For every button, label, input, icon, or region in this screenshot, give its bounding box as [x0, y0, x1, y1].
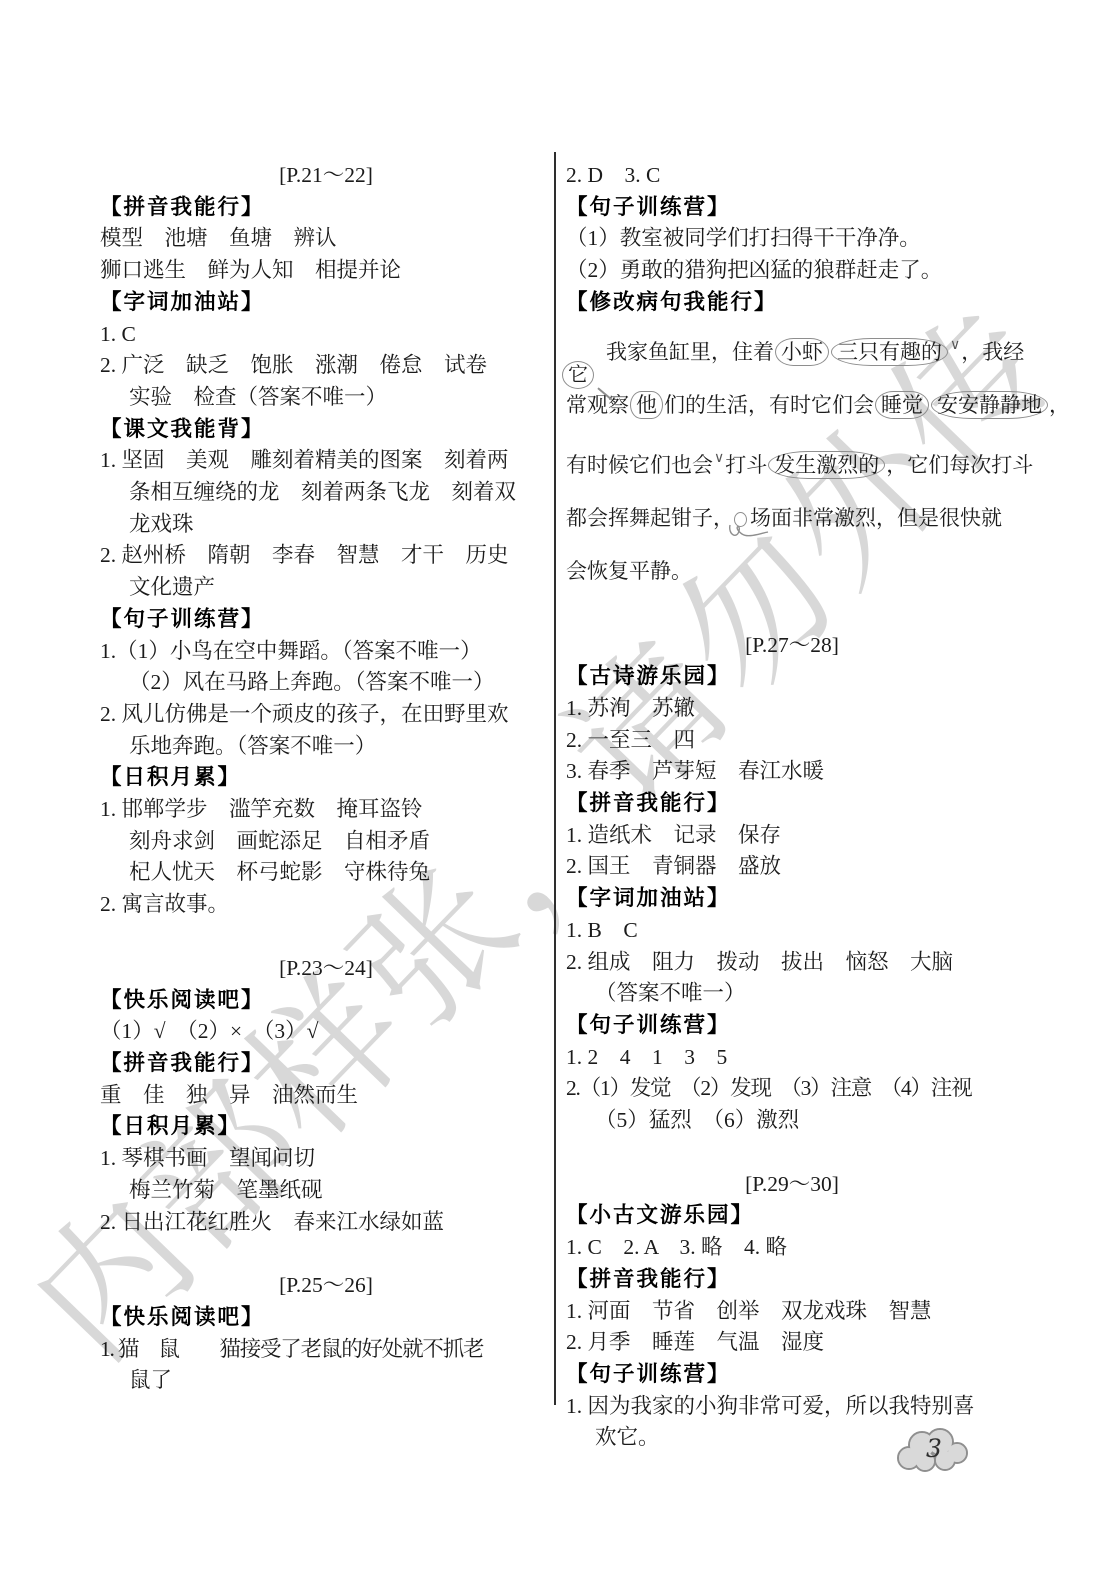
answer-line: 1. 苏洵 苏辙	[566, 693, 1018, 725]
correction-text: 们的生活，有时它们会	[664, 393, 874, 417]
correction-line: 会恢复平静。	[566, 545, 1018, 598]
answer-line: 2. 广泛 缺乏 饱胀 涨潮 倦怠 试卷	[100, 350, 552, 382]
answer-line: 模型 池塘 鱼塘 辨认	[100, 223, 552, 255]
circle-mark-above: 它	[562, 361, 594, 389]
answer-line: 2. 寓言故事。	[100, 889, 552, 921]
correction-text: 打斗	[725, 453, 767, 477]
delete-mark	[734, 492, 750, 545]
answer-line: 1. 因为我家的小狗非常可爱，所以我特别喜	[566, 1391, 1018, 1423]
page-number: 3	[926, 1434, 942, 1463]
circle-mark: 小虾	[775, 338, 829, 366]
answer-line: 2. 赵州桥 隋朝 李春 智慧 才干 历史	[100, 540, 552, 572]
answer-line: 2. 一至三 四	[566, 725, 1018, 757]
answer-line: 龙戏珠	[100, 509, 552, 541]
answer-line: （答案不唯一）	[566, 978, 1018, 1010]
answer-line: 1. 2 4 1 3 5	[566, 1042, 1018, 1074]
insert-caret-mark: ∨	[714, 451, 724, 466]
section-heading: 【拼音我能行】	[566, 1264, 1018, 1296]
correction-line: 都会挥舞起钳子，场面非常激烈，但是很快就	[566, 492, 1018, 545]
left-column: [P.21～22] 【拼音我能行】 模型 池塘 鱼塘 辨认 狮口逃生 鲜为人知 …	[100, 160, 552, 1397]
correction-text: ，	[1049, 393, 1070, 417]
correction-text: 场面非常激烈，但是很快就	[750, 506, 1002, 530]
answer-line: 1. 坚固 美观 雕刻着精美的图案 刻着两	[100, 445, 552, 477]
section-heading: 【字词加油站】	[566, 883, 1018, 915]
answer-line: 2.（1）发觉 （2）发现 （3）注意 （4）注视	[566, 1073, 1018, 1105]
answer-line: 刻舟求剑 画蛇添足 自相矛盾	[100, 826, 552, 858]
section-heading: 【句子训练营】	[100, 604, 552, 636]
correction-line: 我家鱼缸里，住着小虾三只有趣的∨，我经	[566, 319, 1018, 379]
answer-line: 1. C	[100, 319, 552, 351]
section-heading: 【日积月累】	[100, 762, 552, 794]
answer-line: （1）教室被同学们打扫得干干净净。	[566, 223, 1018, 255]
answer-line: （2）风在马路上奔跑。（答案不唯一）	[100, 667, 552, 699]
delete-pigtail-icon	[728, 522, 770, 542]
section-heading: 【句子训练营】	[566, 1359, 1018, 1391]
answer-line: 2. 风儿仿佛是一个顽皮的孩子，在田野里欢	[100, 699, 552, 731]
answer-line: 杞人忧天 杯弓蛇影 守株待兔	[100, 857, 552, 889]
circle-mark: 安安静静地	[931, 391, 1048, 419]
correction-line: 它常观察他们的生活，有时它们会睡觉安安静静地，	[566, 379, 1018, 432]
correction-text: 都会挥舞起钳子，	[566, 506, 734, 530]
section-heading: 【句子训练营】	[566, 1010, 1018, 1042]
section-heading: 【古诗游乐园】	[566, 661, 1018, 693]
section-heading: 【修改病句我能行】	[566, 287, 1018, 319]
section-heading: 【小古文游乐园】	[566, 1200, 1018, 1232]
answer-line: 重 佳 独 异 油然而生	[100, 1080, 552, 1112]
circle-mark: 发生激烈的	[768, 451, 885, 479]
answer-line: 乐地奔跑。（答案不唯一）	[100, 731, 552, 763]
answer-line: （5）猛烈 （6）激烈	[566, 1105, 1018, 1137]
answer-line: 梅兰竹菊 笔墨纸砚	[100, 1175, 552, 1207]
answer-line: 1. C 2. A 3. 略 4. 略	[566, 1232, 1018, 1264]
circle-mark: 三只有趣的	[831, 338, 948, 366]
answer-line: 1. 邯郸学步 滥竽充数 掩耳盗铃	[100, 794, 552, 826]
page-ref: [P.29～30]	[566, 1169, 1018, 1201]
section-heading: 【句子训练营】	[566, 192, 1018, 224]
insert-caret-mark: ∨	[950, 338, 960, 353]
correction-text: 常观察	[566, 393, 629, 417]
correction-paragraph: 我家鱼缸里，住着小虾三只有趣的∨，我经 它常观察他们的生活，有时它们会睡觉安安静…	[566, 319, 1018, 598]
answer-line: 1. 猫 鼠 猫接受了老鼠的好处就不抓老	[100, 1334, 552, 1366]
answer-line: 2. 日出江花红胜火 春来江水绿如蓝	[100, 1207, 552, 1239]
page-ref: [P.21～22]	[100, 160, 552, 192]
answer-line: 1. 琴棋书画 望闻问切	[100, 1143, 552, 1175]
answer-line: 2. 国王 青铜器 盛放	[566, 851, 1018, 883]
section-heading: 【课文我能背】	[100, 414, 552, 446]
circle-mark: 睡觉	[875, 391, 929, 419]
answer-line: 实验 检查（答案不唯一）	[100, 382, 552, 414]
answer-line: 2. 月季 睡莲 气温 湿度	[566, 1327, 1018, 1359]
circle-mark: 他	[630, 391, 663, 419]
answer-line: 1. 河面 节省 创举 双龙戏珠 智慧	[566, 1296, 1018, 1328]
section-heading: 【字词加油站】	[100, 287, 552, 319]
correction-text: ，它们每次打斗	[886, 453, 1033, 477]
section-heading: 【拼音我能行】	[566, 788, 1018, 820]
section-heading: 【日积月累】	[100, 1111, 552, 1143]
correction-text: 有时候它们也会	[566, 453, 713, 477]
answer-line: 1. 造纸术 记录 保存	[566, 820, 1018, 852]
answer-line: 2. D 3. C	[566, 160, 1018, 192]
page-number-cloud: 3	[894, 1426, 974, 1478]
answer-line: 1. B C	[566, 915, 1018, 947]
page-ref: [P.27～28]	[566, 630, 1018, 662]
page-ref: [P.23～24]	[100, 953, 552, 985]
section-heading: 【拼音我能行】	[100, 192, 552, 224]
answer-line: 鼠了	[100, 1365, 552, 1397]
section-heading: 【快乐阅读吧】	[100, 1302, 552, 1334]
page-ref: [P.25～26]	[100, 1270, 552, 1302]
answer-line: 2. 组成 阻力 拨动 拔出 恼怒 大脑	[566, 947, 1018, 979]
answer-line: 1.（1）小鸟在空中舞蹈。（答案不唯一）	[100, 636, 552, 668]
correction-text: ，我经	[961, 340, 1024, 364]
right-column: 2. D 3. C 【句子训练营】 （1）教室被同学们打扫得干干净净。 （2）勇…	[566, 160, 1018, 1454]
correction-text: 会恢复平静。	[566, 559, 692, 583]
answer-line: 狮口逃生 鲜为人知 相提并论	[100, 255, 552, 287]
section-heading: 【拼音我能行】	[100, 1048, 552, 1080]
answer-line: 3. 春季 芦芽短 春江水暖	[566, 756, 1018, 788]
answer-line: 条相互缠绕的龙 刻着两条飞龙 刻着双	[100, 477, 552, 509]
correction-text: 我家鱼缸里，住着	[606, 340, 774, 364]
correction-line: 有时候它们也会∨打斗发生激烈的，它们每次打斗	[566, 432, 1018, 492]
answer-line: （2）勇敢的猎狗把凶猛的狼群赶走了。	[566, 255, 1018, 287]
answer-line: （1）√ （2）× （3）√	[100, 1016, 552, 1048]
section-heading: 【快乐阅读吧】	[100, 985, 552, 1017]
column-divider	[554, 152, 556, 1405]
answer-line: 文化遗产	[100, 572, 552, 604]
